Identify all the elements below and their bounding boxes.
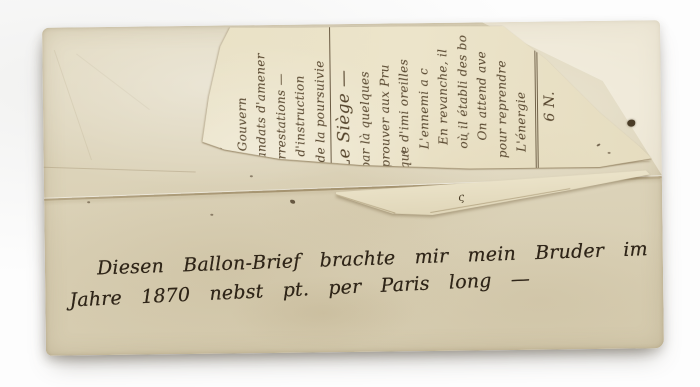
french-line: par là quelques — [355, 20, 376, 170]
ink-speck — [290, 200, 295, 204]
tear-hole — [627, 120, 635, 127]
ink-speck — [210, 214, 213, 216]
french-line: Le Siège — — [329, 20, 357, 170]
french-line: prouver aux Pru — [374, 19, 395, 169]
french-line: 6 N. — [533, 17, 560, 167]
french-line: pour reprendre — [491, 18, 512, 168]
ink-speck — [608, 152, 611, 154]
ink-speck — [87, 201, 90, 203]
french-line: où il établi des bo — [452, 19, 473, 169]
folded-letter: pardu Gouvernmandats d'amenerarrestation… — [42, 20, 664, 356]
french-line: En revanche, il — [433, 19, 454, 169]
french-line: d'instruction — [290, 21, 311, 171]
photo-background: pardu Gouvernmandats d'amenerarrestation… — [0, 0, 700, 387]
french-line: que d'imi oreilles — [394, 19, 415, 169]
ink-speck — [467, 133, 469, 135]
french-line: L'énergie — [511, 18, 532, 168]
french-line: du Gouvern — [231, 21, 252, 171]
french-text-block: pardu Gouvernmandats d'amenerarrestation… — [212, 17, 566, 171]
french-line: mandats d'amener — [251, 21, 272, 171]
french-line: de la poursuivie — [309, 20, 330, 170]
french-line: par — [212, 21, 233, 171]
ink-speck — [250, 175, 253, 177]
french-line: On attend ave — [472, 18, 493, 168]
french-line: L'ennemi a c — [413, 19, 434, 169]
french-line: arrestations — — [270, 21, 291, 171]
